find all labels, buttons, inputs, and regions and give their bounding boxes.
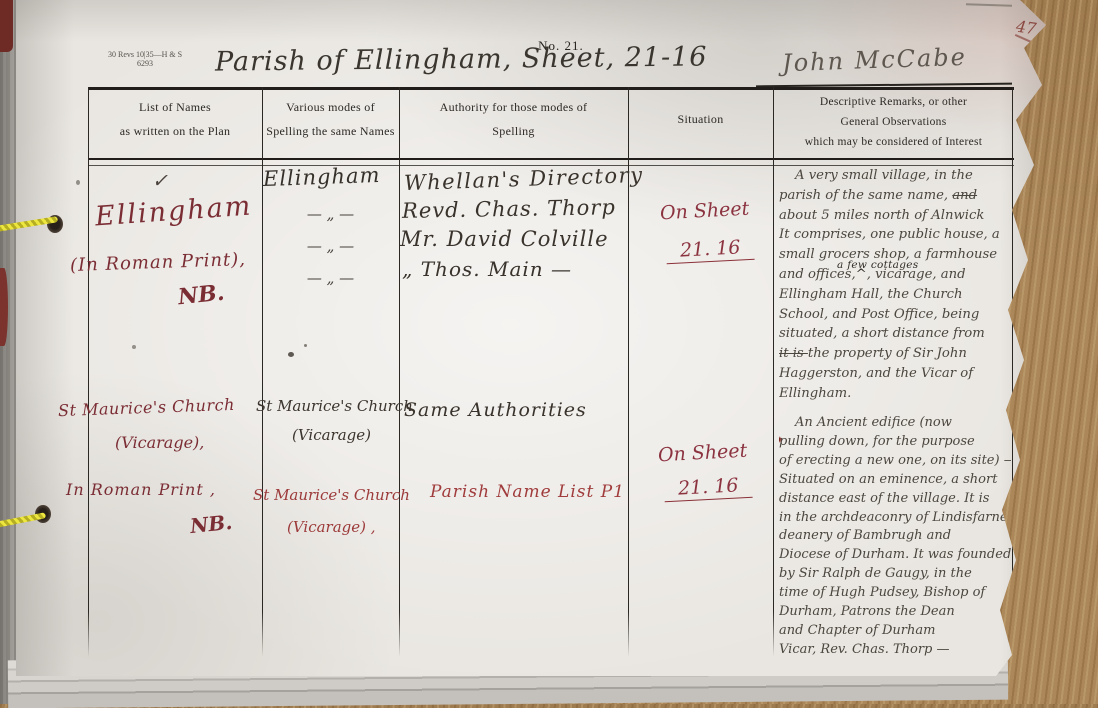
- header-spelling-line2: Spelling the same Names: [262, 124, 399, 139]
- remarks1-line: Haggerston, and the Vicar of: [779, 364, 1011, 384]
- remarks1-line: It comprises, one public house, a: [779, 225, 1011, 245]
- col-rule-2: [399, 87, 400, 657]
- spelling-ditto-1: — „ —: [262, 205, 399, 223]
- authority-parish-name-list: Parish Name List P1: [430, 482, 625, 502]
- remarks1-line: situated, a short distance from: [779, 324, 1011, 344]
- remarks2-line: of erecting a new one, on its site) —: [779, 452, 1011, 471]
- spelling-ditto-2: — „ —: [262, 237, 399, 255]
- col-rule-4: [773, 87, 774, 657]
- book-cover-sliver-mid: [0, 268, 8, 346]
- header-spelling-line1: Various modes of: [262, 100, 399, 115]
- authority-whellans-directory: Whellan's Directory: [404, 163, 644, 195]
- ink-blot: [288, 352, 294, 357]
- header-remarks-line3: which may be considered of Interest: [773, 136, 1014, 148]
- entry1-note-roman-print: (In Roman Print),: [70, 249, 247, 276]
- remarks2-line: Durham, Patrons the Dean: [779, 603, 1011, 622]
- situation2-sheet-number-text: 21. 16: [663, 474, 753, 503]
- surveyor-signature: John McCabe: [782, 43, 968, 77]
- remarks2-line: deanery of Bambrugh and: [779, 527, 1011, 546]
- remarks1-line: School, and Post Office, being: [779, 305, 1011, 325]
- register-page: 30 Revs 10|35—H & S 6293 No. 21. Parish …: [16, 0, 1046, 676]
- remarks2-line: in the archdeaconry of Lindisfarne,: [779, 509, 1011, 528]
- header-remarks-line2: General Observations: [773, 116, 1014, 128]
- remarks2-line: by Sir Ralph de Gaugy, in the: [779, 565, 1011, 584]
- entry2-note-nb: NB.: [189, 510, 233, 538]
- remarks1-line: it is the property of Sir John: [779, 344, 1011, 364]
- top-edge-mark: [966, 3, 1012, 6]
- spelling-entry2b: St Maurice's Church: [253, 486, 410, 504]
- header-remarks-line1: Descriptive Remarks, or other: [773, 96, 1014, 108]
- authority-thos-main: „ Thos. Main —: [402, 257, 572, 281]
- remarks1-line: about 5 miles north of Alnwick: [779, 206, 1011, 226]
- table-right-rule: [1012, 87, 1013, 657]
- remarks1-line: Ellingham Hall, the Church: [779, 285, 1011, 305]
- situation1-sheet-number: 21. 16: [665, 236, 754, 263]
- remarks2-line: Vicar, Rev. Chas. Thorp —: [779, 641, 1011, 660]
- entry2-name: St Maurice's Church: [58, 395, 235, 420]
- header-authority-line2: Spelling: [399, 124, 628, 139]
- struck-word: it is: [779, 346, 808, 361]
- spelling-entry2b-note: (Vicarage) ,: [287, 518, 376, 536]
- situation2-on-sheet: On Sheet: [657, 440, 747, 467]
- header-situation: Situation: [628, 112, 773, 127]
- situation2-sheet-number: 21. 16: [663, 474, 752, 501]
- entry1-note-nb: NB.: [177, 280, 226, 311]
- form-reference: 30 Revs 10|35—H & S 6293: [108, 50, 182, 68]
- struck-word: and: [952, 188, 977, 203]
- page-title: Parish of Ellingham, Sheet, 21-16: [215, 41, 708, 77]
- table-top-rule: [88, 87, 1014, 90]
- form-reference-line2: 6293: [108, 59, 182, 68]
- remarks2-line: distance east of the village. It is: [779, 490, 1011, 509]
- remarks2-line: pulling down, for the purpose: [779, 433, 1011, 452]
- header-names-line2: as written on the Plan: [88, 124, 262, 139]
- entry1-name: Ellingham: [94, 191, 253, 233]
- entry1-checkmark: ✓: [152, 170, 168, 192]
- spelling-entry2a-note: (Vicarage): [292, 426, 371, 444]
- entry2-note-roman-print: In Roman Print ,: [66, 480, 216, 499]
- remarks-entry1: A very small village, in the parish of t…: [779, 166, 1011, 404]
- header-names-line1: List of Names: [88, 100, 262, 115]
- table-left-rule: [88, 87, 89, 657]
- remarks1-line: A very small village, in the: [779, 166, 1011, 186]
- situation1-sheet-number-text: 21. 16: [665, 236, 755, 265]
- ink-blot: [304, 344, 307, 347]
- spelling-entry1: Ellingham: [263, 163, 381, 191]
- remarks2-line: An Ancient edifice (now: [779, 414, 1011, 433]
- remarks-entry2: An Ancient edifice (now pulling down, fo…: [779, 414, 1011, 660]
- header-authority-line1: Authority for those modes of: [399, 100, 628, 115]
- inserted-text: a few cottages: [837, 256, 918, 276]
- book-cover-sliver-top: [0, 0, 13, 52]
- form-reference-line1: 30 Revs 10|35—H & S: [108, 50, 182, 59]
- remarks2-line: Situated on an eminence, a short: [779, 471, 1011, 490]
- ink-blot: [76, 180, 80, 185]
- header-bottom-rule-heavy: [88, 158, 1014, 160]
- remarks1-line-with-insertion: a few cottages and offices,^, vicarage, …: [779, 265, 1011, 285]
- authority-same-authorities: Same Authorities: [404, 399, 587, 421]
- remarks1-line: Ellingham.: [779, 384, 1011, 404]
- entry2-note-vicarage: (Vicarage),: [115, 433, 204, 452]
- spelling-entry2a: St Maurice's Church: [256, 397, 413, 415]
- ink-blot: [132, 345, 136, 349]
- remarks2-line: and Chapter of Durham: [779, 622, 1011, 641]
- spelling-ditto-3: — „ —: [262, 269, 399, 287]
- authority-rev-thorp: Revd. Chas. Thorp: [402, 195, 616, 223]
- situation1-on-sheet: On Sheet: [659, 198, 749, 225]
- authority-david-colville: Mr. David Colville: [400, 227, 609, 251]
- remarks1-line: parish of the same name, and: [779, 186, 1011, 206]
- remarks2-line: time of Hugh Pudsey, Bishop of: [779, 584, 1011, 603]
- remarks2-line: Diocese of Durham. It was founded: [779, 546, 1011, 565]
